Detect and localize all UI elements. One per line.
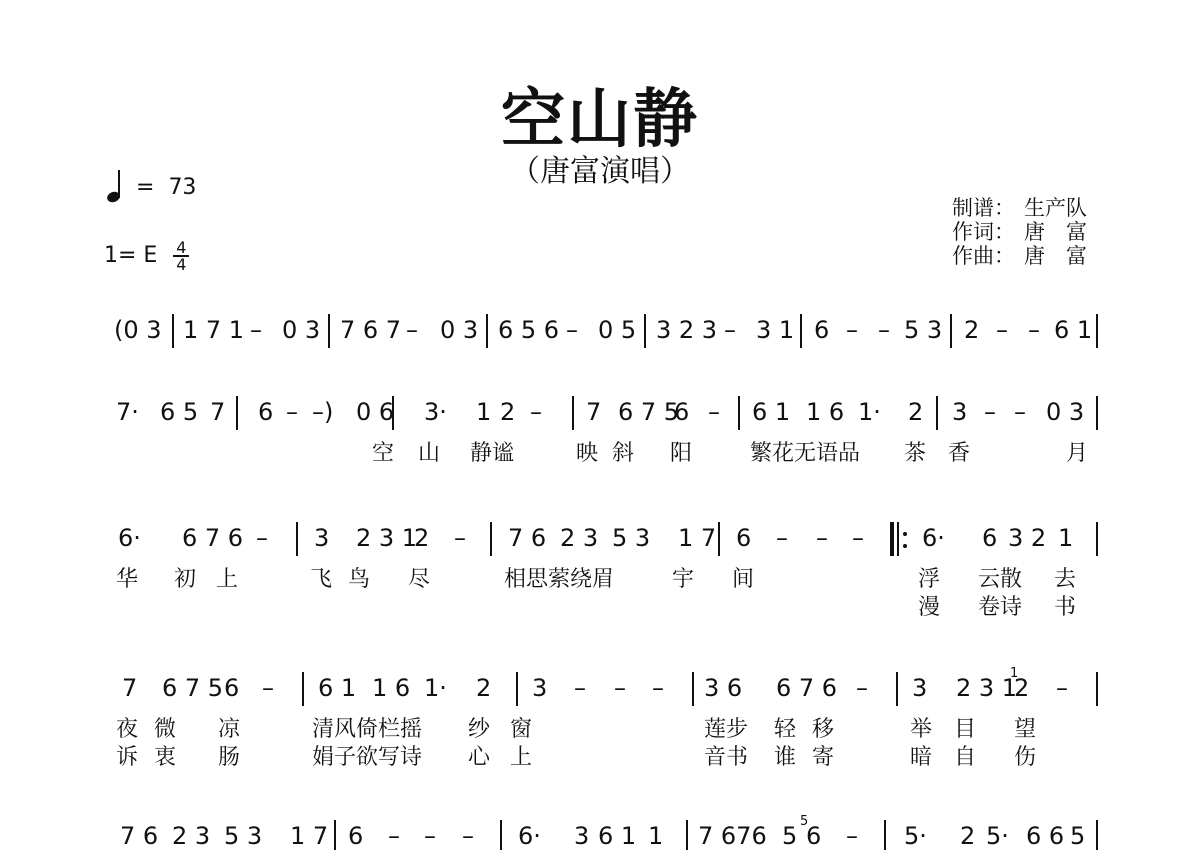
lyric-text: 月 [1066, 436, 1088, 467]
lyric-text: 间 [732, 562, 754, 593]
lyric-text: 衷 [154, 740, 176, 771]
note-token: 6 [224, 674, 239, 702]
note-token: 1 [1058, 524, 1073, 552]
repeat-dot [903, 532, 907, 536]
barline [328, 314, 330, 348]
lyric-text: 映 [576, 436, 598, 467]
note-token: 7· [116, 398, 139, 426]
barline [1096, 396, 1098, 430]
lyric-text: 书 [1054, 590, 1076, 621]
note-token: 6 [814, 316, 829, 344]
tempo-bpm: 73 [168, 175, 196, 200]
note-token: 6 6 [1026, 822, 1064, 850]
lyric-text: 轻 [774, 712, 796, 743]
note-token: 1 7 1 [183, 316, 244, 344]
note-token: 6 [674, 398, 689, 426]
note-token: 2 [500, 398, 515, 426]
note-token: – [1014, 398, 1026, 426]
barline [718, 522, 720, 556]
repeat-thin-barline [897, 522, 899, 556]
barline [950, 314, 952, 348]
lyric-text: 心 [468, 740, 490, 771]
note-token: – [566, 316, 578, 344]
time-bottom: 4 [176, 257, 186, 272]
barline [800, 314, 802, 348]
note-token: 7 [122, 674, 137, 702]
note-token: 6 7 6 [182, 524, 243, 552]
note-token: 1· [424, 674, 447, 702]
lyric-text: 飞 [310, 562, 332, 593]
note-token: – [256, 524, 268, 552]
lyric-text: 卷诗 [978, 590, 1022, 621]
note-token: 1 6 [806, 398, 844, 426]
lyric-text: 初 [174, 562, 196, 593]
lyric-text: 莲步 [704, 712, 748, 743]
note-token: 1· [858, 398, 881, 426]
note-token: – [852, 524, 864, 552]
lyric-text: 宇 [672, 562, 694, 593]
note-token: 3 1 [756, 316, 794, 344]
barline [490, 522, 492, 556]
note-token: 6· [118, 524, 141, 552]
lyric-text: 清风倚栏摇 [312, 712, 422, 743]
note-token: 6 1 [752, 398, 790, 426]
note-token: – [816, 524, 828, 552]
note-token: – [574, 674, 586, 702]
note-token: 3 [532, 674, 547, 702]
note-token: –) [312, 398, 333, 426]
barline [572, 396, 574, 430]
lyric-text: 微 [154, 712, 176, 743]
note-token: 0 3 [282, 316, 320, 344]
note-token: – [856, 674, 868, 702]
barline [302, 672, 304, 706]
note-token: 5· [904, 822, 927, 850]
note-token: 2 [476, 674, 491, 702]
lyric-text: 自 [954, 740, 976, 771]
repeat-dot [903, 544, 907, 548]
note-token: – [530, 398, 542, 426]
lyric-text: 鸟 [348, 562, 370, 593]
note-token: 7 6 [508, 524, 546, 552]
barline [686, 820, 688, 850]
note-token: – [262, 674, 274, 702]
note-token: – [388, 822, 400, 850]
note-token: 3 [912, 674, 927, 702]
lyric-text: 阳 [670, 436, 692, 467]
barline [1096, 314, 1098, 348]
note-token: 6 7 6 [776, 674, 837, 702]
note-token: 5 3 [904, 316, 942, 344]
note-token: – [1028, 316, 1040, 344]
note-token: 6 7 5 [162, 674, 223, 702]
note-token: – [614, 674, 626, 702]
lyric-text: 尽 [408, 562, 430, 593]
barline [1096, 522, 1098, 556]
note-token: 6 [736, 524, 751, 552]
lyric-text: 娟子欲写诗 [312, 740, 422, 771]
note-token: 2 3 1 [356, 524, 417, 552]
lyric-text: 上 [216, 562, 238, 593]
note-token: – [708, 398, 720, 426]
note-token: – [724, 316, 736, 344]
lyric-text: 山 [418, 436, 440, 467]
note-token: – [652, 674, 664, 702]
lyric-text: 纱 [468, 712, 490, 743]
note-token: 6 [348, 822, 363, 850]
lyric-text: 目 [954, 712, 976, 743]
note-token: 6 [806, 822, 821, 850]
lyric-text: 窗 [510, 712, 532, 743]
lyric-text: 斜 [612, 436, 634, 467]
lyric-text: 香 [948, 436, 970, 467]
barline [884, 820, 886, 850]
note-token: 0 5 [598, 316, 636, 344]
note-token: 1 [476, 398, 491, 426]
note-token: 5 [782, 822, 797, 850]
credit-key: 作词： [952, 220, 1024, 244]
note-token: 6 7 5 [618, 398, 679, 426]
note-token: 2 3 1 [956, 674, 1017, 702]
lyric-text: 凉 [218, 712, 240, 743]
note-token: 5 3 [612, 524, 650, 552]
credit-transcriber: 制谱：生产队 [952, 196, 1087, 220]
note-token: 1 [648, 822, 663, 850]
note-token: 1 7 [678, 524, 716, 552]
barline [486, 314, 488, 348]
barline [296, 522, 298, 556]
note-token: 5 3 [224, 822, 262, 850]
lyric-text: 茶 [904, 436, 926, 467]
note-token: (0 3 [114, 316, 162, 344]
barline [392, 396, 394, 430]
key-label: 1= E [104, 243, 157, 268]
note-token: 6 [258, 398, 273, 426]
note-token: 2 [960, 822, 975, 850]
note-token: – [1056, 674, 1068, 702]
lyric-text: 浮 [918, 562, 940, 593]
note-token: – [462, 822, 474, 850]
note-token: 3 2 3 [656, 316, 717, 344]
barline [500, 820, 502, 850]
lyric-text: 空 [372, 436, 394, 467]
barline [172, 314, 174, 348]
credit-key: 作曲： [952, 244, 1024, 268]
note-token: 2 [908, 398, 923, 426]
note-token: – [846, 822, 858, 850]
barline [896, 672, 898, 706]
note-token: 3 [314, 524, 329, 552]
time-top: 4 [176, 240, 186, 255]
note-token: 7 6 7 [340, 316, 401, 344]
note-token: – [984, 398, 996, 426]
barline [334, 820, 336, 850]
lyric-text: 望 [1014, 712, 1036, 743]
note-token: 2 3 [172, 822, 210, 850]
lyric-text: 云散 [978, 562, 1022, 593]
lyric-text: 音书 [704, 740, 748, 771]
note-token: 7 [210, 398, 225, 426]
note-token: – [286, 398, 298, 426]
note-token: 7 6 [120, 822, 158, 850]
lyric-text: 繁花无语品 [750, 436, 860, 467]
lyric-text: 移 [812, 712, 834, 743]
barline [692, 672, 694, 706]
credit-value: 唐 富 [1024, 244, 1087, 268]
barline [936, 396, 938, 430]
time-signature: 4 4 [173, 240, 189, 272]
note-token: 0 3 [440, 316, 478, 344]
note-token: 7 [586, 398, 601, 426]
lyric-text: 寄 [812, 740, 834, 771]
note-token: 2 [964, 316, 979, 344]
note-token: 0 6 [356, 398, 394, 426]
note-token: – [878, 316, 890, 344]
note-token: 0 3 [1046, 398, 1084, 426]
note-token: 2 3 [560, 524, 598, 552]
lyric-text: 夜 [116, 712, 138, 743]
note-token: 3 6 [704, 674, 742, 702]
note-token: 6 5 [160, 398, 198, 426]
lyric-text: 静谧 [470, 436, 514, 467]
note-token: 3· [424, 398, 447, 426]
credit-key: 制谱： [952, 196, 1024, 220]
lyric-text: 去 [1054, 562, 1076, 593]
barline [236, 396, 238, 430]
lyric-text: 诉 [116, 740, 138, 771]
note-token: 5· [986, 822, 1009, 850]
note-token: – [776, 524, 788, 552]
note-token: 2 [414, 524, 429, 552]
lyric-text: 华 [116, 562, 138, 593]
note-token: 1 6 [372, 674, 410, 702]
tempo-marking: = 73 [106, 170, 196, 204]
note-token: 1 7 [290, 822, 328, 850]
lyric-text: 肠 [218, 740, 240, 771]
lyric-text: 暗 [910, 740, 932, 771]
grace-note: 5 [800, 808, 808, 836]
tempo-equals: = [136, 175, 154, 200]
quarter-note-icon [106, 170, 122, 204]
credit-composer: 作曲：唐 富 [952, 244, 1087, 268]
note-token: – [250, 316, 262, 344]
credit-value: 生产队 [1024, 196, 1087, 220]
barline [1096, 820, 1098, 850]
barline [738, 396, 740, 430]
barline [644, 314, 646, 348]
note-token: 6· [922, 524, 945, 552]
credit-lyricist: 作词：唐 富 [952, 220, 1087, 244]
repeat-start-barline [890, 522, 894, 556]
note-token: 6 5 6 [498, 316, 559, 344]
note-token: 6 1 [1054, 316, 1092, 344]
lyric-text: 举 [910, 712, 932, 743]
grace-note: 1 [1010, 660, 1018, 688]
lyric-text: 谁 [774, 740, 796, 771]
note-token: 3 [574, 822, 589, 850]
lyric-text: 漫 [918, 590, 940, 621]
note-token: – [406, 316, 418, 344]
credits: 制谱：生产队 作词：唐 富 作曲：唐 富 [952, 196, 1087, 268]
note-token: 5 [1070, 822, 1085, 850]
credit-value: 唐 富 [1024, 220, 1087, 244]
note-token: 7 676 [698, 822, 767, 850]
note-token: – [424, 822, 436, 850]
barline [516, 672, 518, 706]
note-token: – [846, 316, 858, 344]
note-token: 3 2 [1008, 524, 1046, 552]
note-token: 6 1 [598, 822, 636, 850]
lyric-text: 伤 [1014, 740, 1036, 771]
note-token: 6 [982, 524, 997, 552]
note-token: 3 [952, 398, 967, 426]
lyric-text: 相思萦绕眉 [504, 562, 614, 593]
barline [1096, 672, 1098, 706]
note-token: 6 1 [318, 674, 356, 702]
note-token: – [454, 524, 466, 552]
note-token: 6· [518, 822, 541, 850]
note-token: – [996, 316, 1008, 344]
key-signature: 1= E 4 4 [104, 240, 189, 272]
lyric-text: 上 [510, 740, 532, 771]
